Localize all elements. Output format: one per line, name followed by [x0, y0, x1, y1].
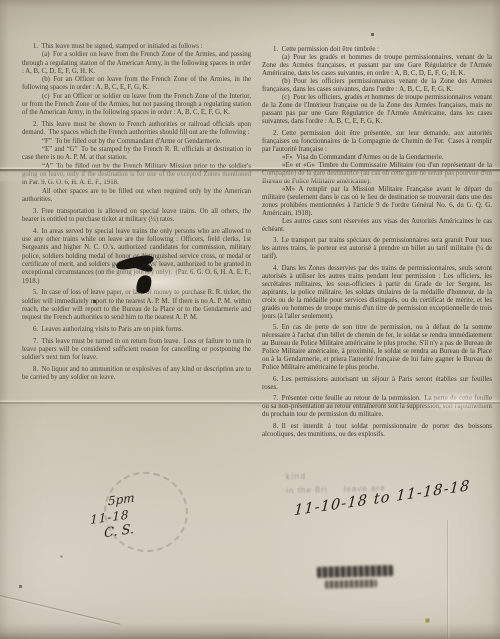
- en-para-1a: (a) For a soldier on leave from the Fren…: [22, 51, 251, 76]
- en-para-1c: (c) For an Officer or soldier on leave f…: [22, 93, 251, 118]
- french-instructions-column: 1. Cette permission doit être timbrée : …: [262, 46, 492, 439]
- fold-crease-lower: [0, 402, 500, 404]
- vertical-crease: [447, 520, 448, 639]
- en-para-2f: “F” To be filled out by the Commandant d…: [22, 138, 251, 146]
- fr-para-3: 3. Le transport par trains spéciaux de p…: [262, 237, 492, 261]
- fr-para-1b: (b) Pour les officiers permissionnaires …: [262, 78, 492, 94]
- en-para-6: 6. Leaves authorizing visits to Paris ar…: [22, 326, 251, 334]
- fr-para-2m: «M» A remplir par la Mission Militaire F…: [262, 186, 492, 218]
- en-para-1b: (b) For an Officer on leave from the Fre…: [22, 76, 251, 93]
- corner-crease: [0, 594, 121, 625]
- en-para-2eg: “E” and “G” To be stamped by the French …: [22, 146, 251, 163]
- fr-para-1c: (c) Pour les officiers, gradés et hommes…: [262, 94, 492, 126]
- fr-para-2all: Les autres cases sont réservées aux visa…: [262, 218, 492, 234]
- fr-para-2f: «F» Visa du Commandant d'Armes ou de la …: [262, 154, 492, 162]
- leave-document-page: 1. This leave must be signed, stamped or…: [0, 0, 500, 639]
- fr-para-1a: (a) Pour les gradés et hommes de troupe …: [262, 54, 492, 78]
- fold-fade-band: [0, 172, 500, 181]
- en-para-2all: All other spaces are to be filled out wh…: [22, 188, 251, 205]
- illegible-stamp-line2: [325, 579, 377, 588]
- faded-stamp-line1: kind: [286, 470, 386, 482]
- en-para-7: 7. This leave must be turned in on retur…: [22, 338, 251, 363]
- faded-stamp-line2-left: in the Bri: [286, 485, 328, 495]
- paper-tear-left: [88, 266, 223, 298]
- english-instructions-column: 1. This leave must be signed, stamped or…: [22, 43, 251, 383]
- fold-crease-upper: [0, 169, 500, 171]
- fr-para-1: 1. Cette permission doit être timbrée :: [262, 46, 492, 54]
- en-para-2: 2. This leave must be shown to French au…: [22, 121, 251, 138]
- en-para-3: 3. Free transportation is allowed on spe…: [22, 208, 251, 225]
- en-para-1: 1. This leave must be signed, stamped or…: [22, 43, 251, 51]
- fr-para-2: 2. Cette permission doit être présentée,…: [262, 130, 492, 154]
- en-para-8: 8. No liquor and no ammunition or explos…: [22, 366, 251, 383]
- handwritten-note: 5pm 11-18 C. S.: [88, 490, 134, 545]
- illegible-stamp-line1: [317, 565, 393, 578]
- fr-para-5: 5. En cas de perte de son titre de permi…: [262, 324, 492, 372]
- fr-para-6: 6. Les permissions autorisant un séjour …: [262, 376, 492, 392]
- fr-para-8: 8. Il est interdit à tout soldat permiss…: [262, 423, 492, 439]
- paper-specks: [0, 0, 1, 1]
- fr-para-4: 4. Dans les Zones desservies par des tra…: [262, 265, 492, 321]
